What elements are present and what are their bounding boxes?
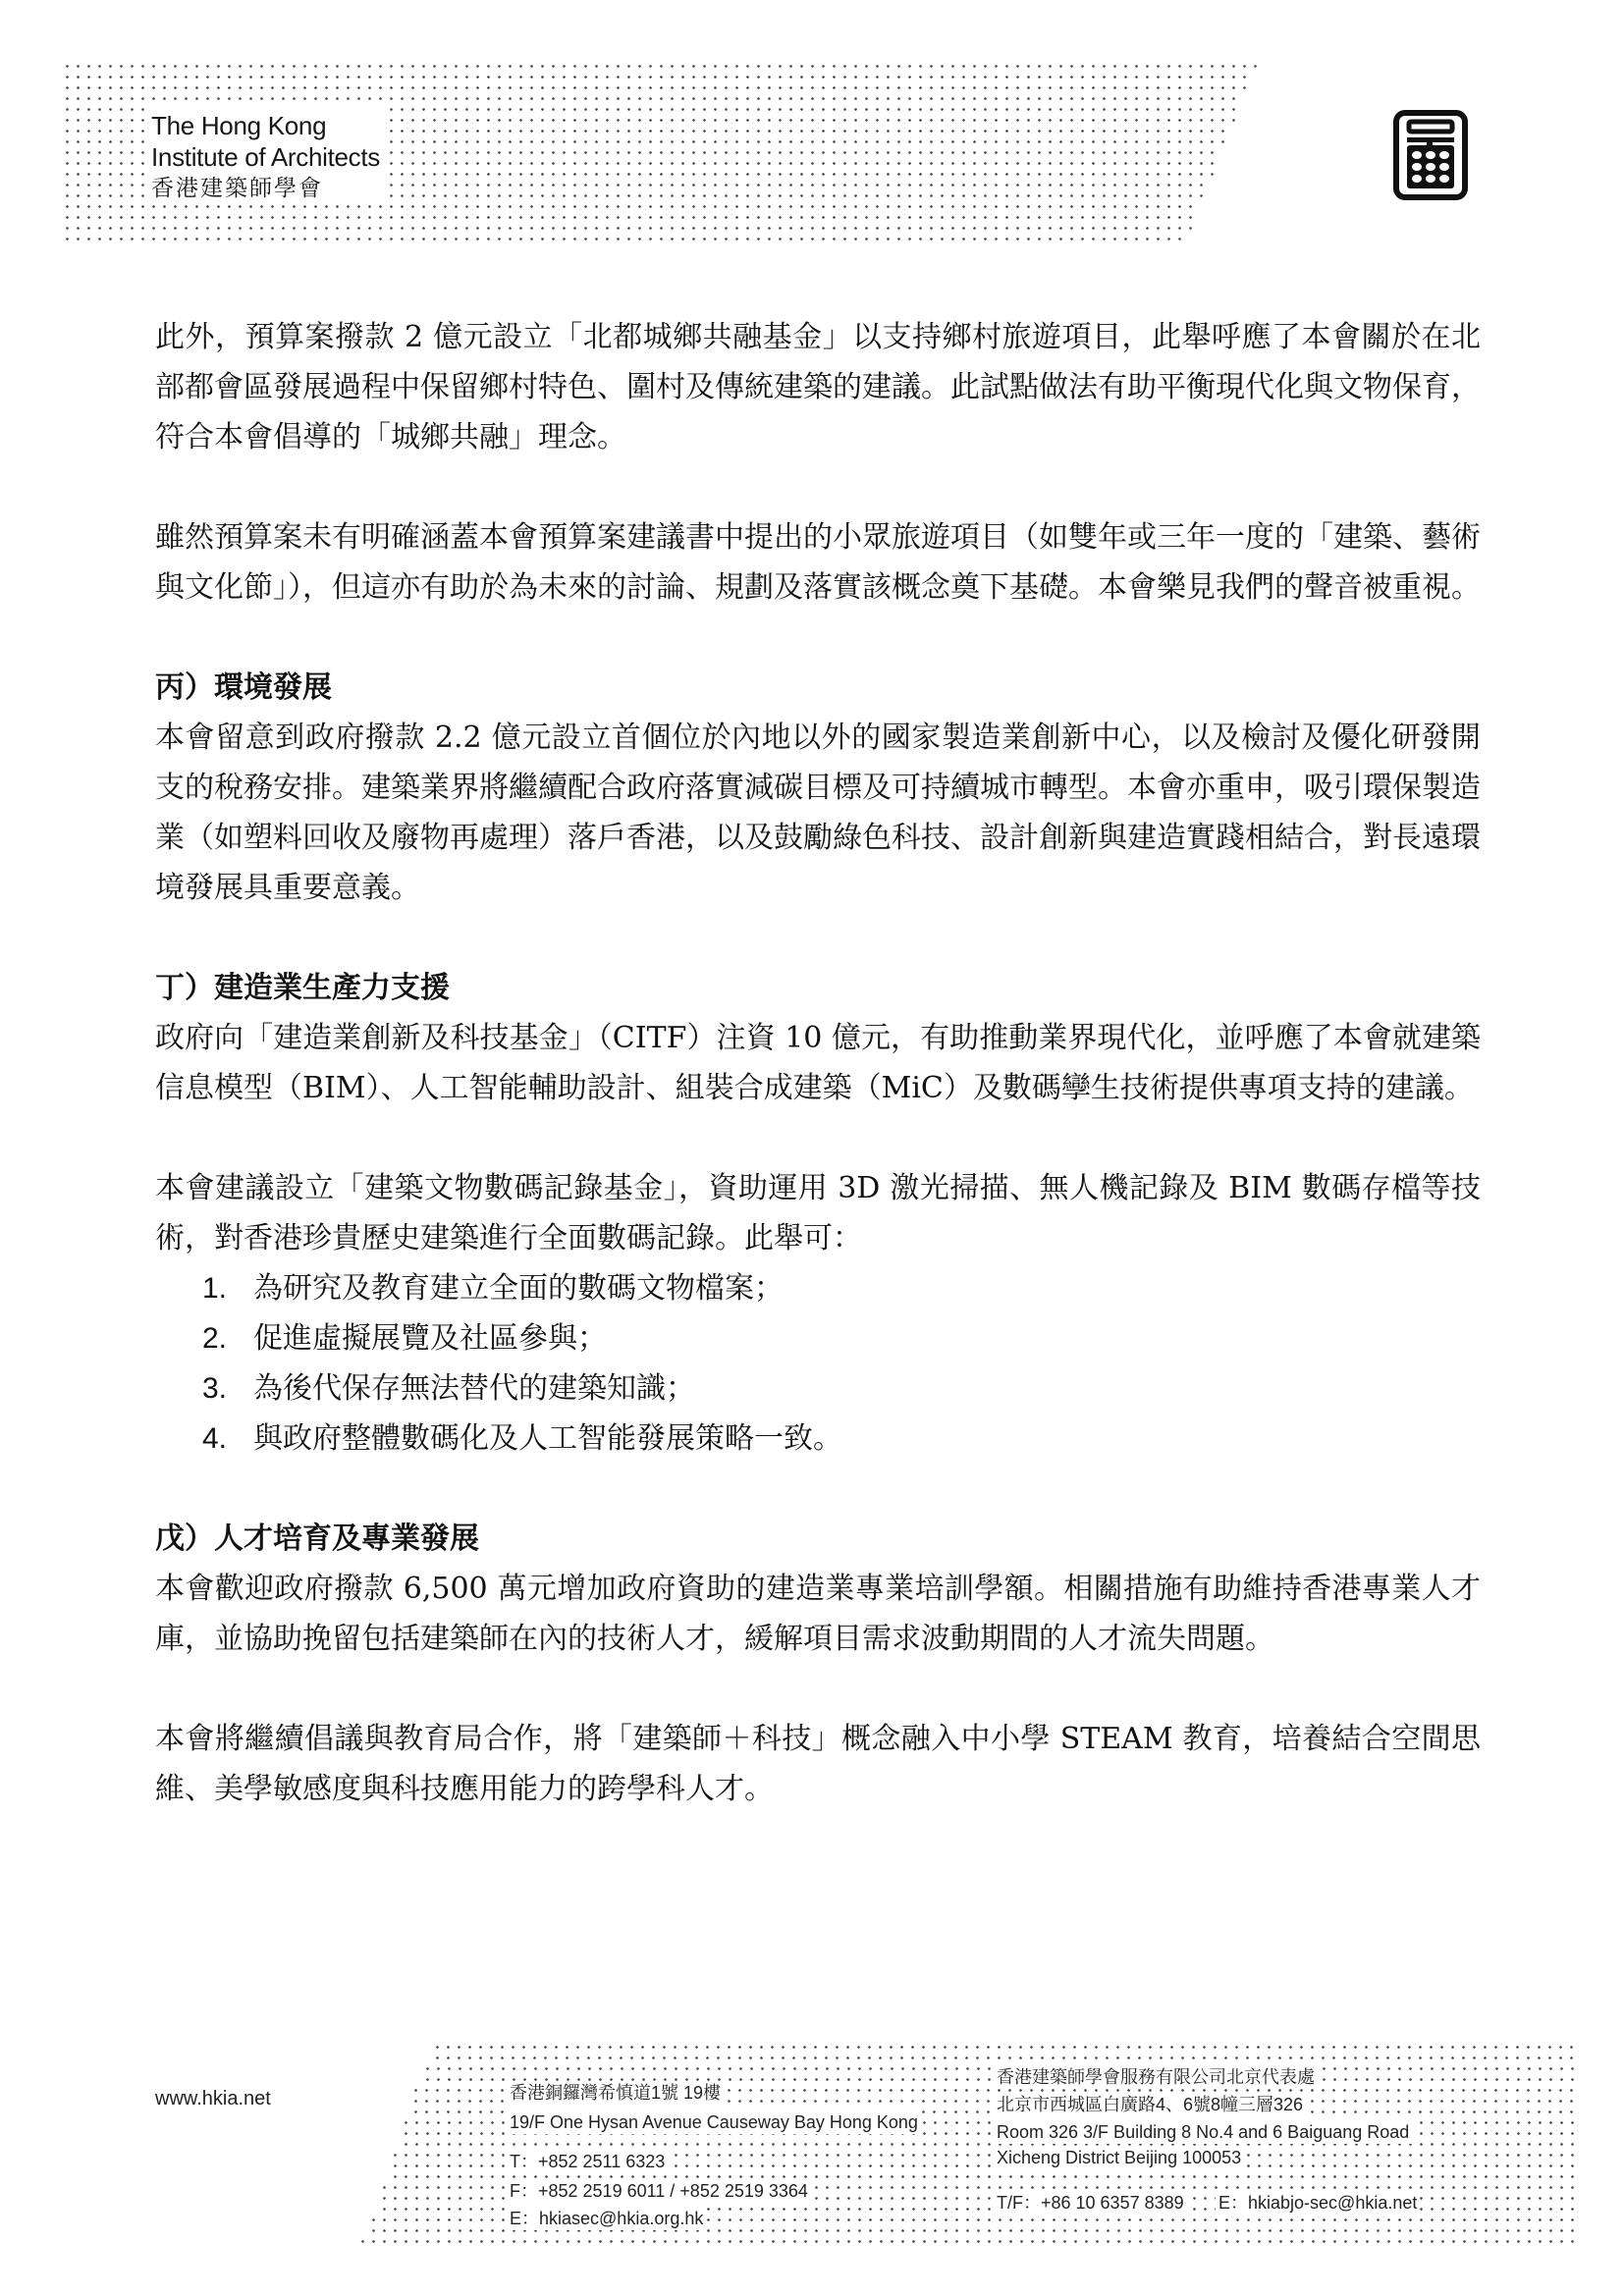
list-text: 促進虛擬展覽及社區參與；	[253, 1313, 607, 1363]
org-name-en-line2: Institute of Architects	[151, 141, 380, 173]
bj-email[interactable]: E：hkiabjo-sec@hkia.net	[1216, 2191, 1420, 2215]
dot-pattern	[432, 2042, 1581, 2063]
section-heading: 丁）建造業生產力支援	[155, 963, 1481, 1013]
bj-tel-fax: T/F：+86 10 6357 8389	[994, 2191, 1187, 2215]
section-heading: 丙）環境發展	[155, 663, 1481, 713]
list-index: 1.	[202, 1263, 253, 1313]
hk-address-en: 19/F One Hysan Avenue Causeway Bay Hong …	[507, 2110, 921, 2134]
hkia-seal-icon	[1393, 110, 1468, 200]
list-index: 4.	[202, 1414, 253, 1464]
bj-office-name: 香港建築師學會服務有限公司北京代表處	[994, 2065, 1318, 2089]
hk-tel: T：+852 2511 6323	[507, 2150, 668, 2173]
list-text: 為研究及教育建立全面的數碼文物檔案；	[253, 1263, 784, 1313]
letter-body: 此外，預算案撥款 2 億元設立「北都城鄉共融基金」以支持鄉村旅遊項目，此舉呼應了…	[155, 312, 1481, 1864]
org-name-en-line1: The Hong Kong	[151, 110, 380, 141]
list-item: 1.為研究及教育建立全面的數碼文物檔案；	[202, 1263, 1481, 1313]
section-paragraph: 本會留意到政府撥款 2.2 億元設立首個位於內地以外的國家製造業創新中心，以及檢…	[155, 713, 1481, 913]
dot-pattern	[62, 72, 1250, 93]
list-item: 3.為後代保存無法替代的建築知識；	[202, 1363, 1481, 1414]
list-index: 3.	[202, 1363, 253, 1414]
dot-pattern	[62, 61, 1260, 72]
paragraph-art-festival: 雖然預算案未有明確涵蓋本會預算案建議書中提出的小眾旅遊項目（如雙年或三年一度的「…	[155, 512, 1481, 613]
hk-email[interactable]: E：hkiasec@hkia.org.hk	[507, 2207, 706, 2230]
section-paragraph: 本會將繼續倡議與教育局合作，將「建築師＋科技」概念融入中小學 STEAM 教育，…	[155, 1714, 1481, 1814]
section-environment: 丙）環境發展 本會留意到政府撥款 2.2 億元設立首個位於內地以外的國家製造業創…	[155, 663, 1481, 913]
hk-address-zh: 香港銅鑼灣希慎道1號 19樓	[507, 2081, 724, 2105]
dot-pattern	[357, 2236, 1581, 2247]
section-productivity: 丁）建造業生產力支援 政府向「建造業創新及科技基金」（CITF）注資 10 億元…	[155, 963, 1481, 1464]
section-paragraph: 本會建議設立「建築文物數碼記錄基金」，資助運用 3D 激光掃描、無人機記錄及 B…	[155, 1163, 1481, 1263]
list-text: 與政府整體數碼化及人工智能發展策略一致。	[253, 1414, 842, 1464]
bj-address-zh: 北京市西城區白廣路4、6號8幢三層326	[994, 2093, 1306, 2116]
benefit-list: 1.為研究及教育建立全面的數碼文物檔案； 2.促進虛擬展覽及社區參與； 3.為後…	[155, 1263, 1481, 1464]
list-item: 4.與政府整體數碼化及人工智能發展策略一致。	[202, 1414, 1481, 1464]
section-heading: 戊）人才培育及專業發展	[155, 1514, 1481, 1564]
letterhead-header: The Hong Kong Institute of Architects 香港…	[0, 0, 1624, 255]
dot-pattern	[62, 234, 1189, 244]
org-name-zh: 香港建築師學會	[151, 173, 380, 202]
section-paragraph: 本會歡迎政府撥款 6,500 萬元增加政府資助的建造業專業培訓學額。相關措施有助…	[155, 1564, 1481, 1664]
letterhead-footer: www.hkia.net 香港銅鑼灣希慎道1號 19樓 19/F One Hys…	[0, 2042, 1624, 2277]
hk-fax: F：+852 2519 6011 / +852 2519 3364	[507, 2179, 811, 2203]
org-wordmark: The Hong Kong Institute of Architects 香港…	[147, 108, 386, 204]
paragraph-rural-fund: 此外，預算案撥款 2 億元設立「北都城鄉共融基金」以支持鄉村旅遊項目，此舉呼應了…	[155, 312, 1481, 462]
section-talent: 戊）人才培育及專業發展 本會歡迎政府撥款 6,500 萬元增加政府資助的建造業專…	[155, 1514, 1481, 1814]
list-item: 2.促進虛擬展覽及社區參與；	[202, 1313, 1481, 1363]
bj-address-en-line1: Room 326 3/F Building 8 No.4 and 6 Baigu…	[994, 2120, 1412, 2144]
list-index: 2.	[202, 1313, 253, 1363]
list-text: 為後代保存無法替代的建築知識；	[253, 1363, 695, 1414]
dot-pattern	[62, 201, 1199, 234]
section-paragraph: 政府向「建造業創新及科技基金」（CITF）注資 10 億元，有助推動業界現代化，…	[155, 1013, 1481, 1113]
bj-address-en-line2: Xicheng District Beijing 100053	[994, 2146, 1244, 2169]
website-link[interactable]: www.hkia.net	[155, 2088, 271, 2110]
